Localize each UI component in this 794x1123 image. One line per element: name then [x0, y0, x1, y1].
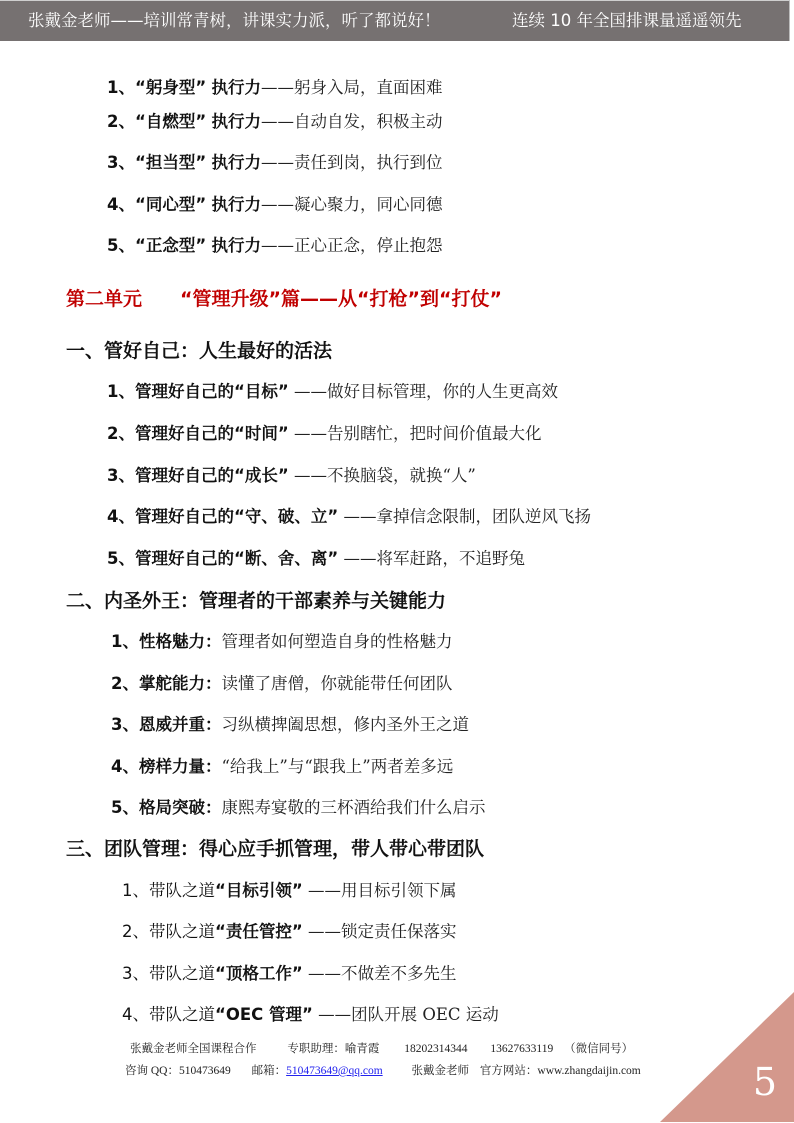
list-item: 1、带队之道“目标引领” ——用目标引领下属 — [122, 880, 456, 902]
footer-phone-1: 18202314344 — [404, 1043, 467, 1055]
item-number: 1、 — [107, 382, 135, 401]
item-desc: 管理者如何塑造自身的性格魅力 — [221, 632, 452, 651]
item-title: 性格魅力： — [139, 632, 222, 651]
list-item: 3、带队之道“顶格工作” ——不做差不多先生 — [122, 963, 456, 985]
list-item: 2、掌舵能力：读懂了唐僧，你就能带任何团队 — [111, 673, 452, 695]
item-number: 2、 — [107, 424, 135, 443]
list-item: 3、管理好自己的“成长” ——不换脑袋，就换“人” — [107, 465, 476, 487]
list-item: 4、带队之道“OEC 管理” ——团队开展 OEC 运动 — [122, 1004, 499, 1026]
item-desc: 团队开展 OEC 运动 — [351, 1005, 499, 1024]
item-desc: 凝心聚力，同心同德 — [294, 195, 443, 214]
list-item: 2、管理好自己的“时间” ——告别瞎忙，把时间价值最大化 — [107, 423, 541, 445]
item-prefix: 带队之道 — [149, 881, 215, 900]
item-number: 4、 — [111, 757, 139, 776]
item-number: 1、 — [107, 78, 135, 97]
dash: —— — [343, 549, 376, 568]
execution-item: 1、“躬身型” 执行力——躬身入局，直面困难 — [107, 77, 442, 99]
dash: —— — [261, 112, 294, 131]
footer-row-1: 张戴金老师全国课程合作 专职助理：喻青霞 18202314344 1362763… — [130, 1040, 633, 1056]
footer-teacher: 张戴金老师 — [412, 1062, 470, 1078]
list-item: 5、格局突破：康熙寿宴敬的三杯酒给我们什么启示 — [111, 797, 485, 819]
item-desc: 责任到岗，执行到位 — [294, 153, 443, 172]
item-type: “自燃型” — [135, 112, 206, 131]
item-title: 格局突破： — [139, 798, 222, 817]
item-number: 4、 — [107, 195, 135, 214]
item-number: 3、 — [122, 964, 149, 983]
item-prefix: 带队之道 — [149, 922, 215, 941]
item-number: 4、 — [107, 507, 135, 526]
dash: —— — [308, 964, 341, 983]
item-prefix: 带队之道 — [149, 1005, 215, 1024]
section-heading: 二、内圣外王：管理者的干部素养与关键能力 — [66, 590, 446, 612]
item-number: 3、 — [107, 466, 135, 485]
dash: —— — [318, 1005, 351, 1024]
list-item: 1、性格魅力：管理者如何塑造自身的性格魅力 — [111, 631, 452, 653]
dash: —— — [261, 78, 294, 97]
item-type: “正念型” — [135, 236, 206, 255]
dash: —— — [294, 466, 327, 485]
footer-email-label: 邮箱： — [252, 1062, 287, 1078]
list-item: 5、管理好自己的“断、舍、离” ——将军赶路，不追野兔 — [107, 548, 525, 570]
item-title: “顶格工作” — [215, 964, 303, 983]
footer-qq: 咨询 QQ：510473649 — [125, 1062, 231, 1078]
execution-item: 2、“自燃型” 执行力——自动自发，积极主动 — [107, 111, 442, 133]
footer-row-2: 咨询 QQ：510473649 邮箱：510473649@qq.com 张戴金老… — [125, 1062, 641, 1078]
item-desc: 做好目标管理，你的人生更高效 — [327, 382, 558, 401]
dash: —— — [261, 153, 294, 172]
item-type: “担当型” — [135, 153, 206, 172]
item-desc: 将军赶路，不追野兔 — [376, 549, 525, 568]
email-link[interactable]: 510473649@qq.com — [286, 1065, 383, 1077]
item-label: 执行力 — [211, 112, 261, 131]
item-title: 榜样力量： — [139, 757, 222, 776]
header-banner: 张戴金老师——培训常青树，讲课实力派，听了都说好！ 连续 10 年全国排课量遥遥… — [0, 0, 790, 41]
item-title: 管理好自己的“成长” — [135, 466, 289, 485]
list-item: 1、管理好自己的“目标” ——做好目标管理，你的人生更高效 — [107, 381, 558, 403]
item-desc: 康熙寿宴敬的三杯酒给我们什么启示 — [221, 798, 485, 817]
execution-item: 5、“正念型” 执行力——正心正念，停止抱怨 — [107, 235, 442, 257]
item-desc: 不换脑袋，就换“人” — [327, 466, 476, 485]
dash: —— — [294, 382, 327, 401]
item-title: “责任管控” — [215, 922, 303, 941]
execution-item: 3、“担当型” 执行力——责任到岗，执行到位 — [107, 152, 442, 174]
item-number: 1、 — [111, 632, 139, 651]
footer-website: 官方网站：www.zhangdaijin.com — [480, 1062, 641, 1078]
item-type: “躬身型” — [135, 78, 206, 97]
list-item: 3、恩威并重：习纵横捭阖思想，修内圣外王之道 — [111, 714, 469, 736]
section-heading: 三、团队管理：得心应手抓管理，带人带心带团队 — [66, 838, 484, 860]
item-title: 掌舵能力： — [139, 674, 222, 693]
item-number: 5、 — [107, 549, 135, 568]
list-item: 4、管理好自己的“守、破、立” ——拿掉信念限制，团队逆风飞扬 — [107, 506, 591, 528]
item-label: 执行力 — [211, 153, 261, 172]
section-heading: 一、管好自己：人生最好的活法 — [66, 340, 332, 362]
item-label: 执行力 — [211, 236, 261, 255]
item-desc: 躬身入局，直面困难 — [294, 78, 443, 97]
item-desc: 不做差不多先生 — [341, 964, 457, 983]
unit-title: 第二单元“管理升级”篇——从“打枪”到“打仗” — [66, 288, 502, 310]
unit-heading: “管理升级”篇——从“打枪”到“打仗” — [180, 288, 502, 310]
item-desc: 习纵横捭阖思想，修内圣外王之道 — [221, 715, 469, 734]
item-desc: 拿掉信念限制，团队逆风飞扬 — [376, 507, 591, 526]
item-type: “同心型” — [135, 195, 206, 214]
item-title: “目标引领” — [215, 881, 303, 900]
item-desc: 用目标引领下属 — [341, 881, 457, 900]
footer-cooperation: 张戴金老师全国课程合作 — [130, 1040, 257, 1056]
item-label: 执行力 — [211, 78, 261, 97]
header-slogan: 张戴金老师——培训常青树，讲课实力派，听了都说好！ — [28, 1, 441, 41]
dash: —— — [294, 424, 327, 443]
item-title: “OEC 管理” — [215, 1005, 313, 1024]
list-item: 2、带队之道“责任管控” ——锁定责任保落实 — [122, 921, 456, 943]
item-number: 5、 — [107, 236, 135, 255]
dash: —— — [261, 236, 294, 255]
item-title: 管理好自己的“时间” — [135, 424, 289, 443]
item-desc: 锁定责任保落实 — [341, 922, 457, 941]
item-prefix: 带队之道 — [149, 964, 215, 983]
footer-assistant: 专职助理：喻青霞 — [287, 1040, 379, 1056]
item-number: 4、 — [122, 1005, 149, 1024]
dash: —— — [343, 507, 376, 526]
footer-phone-2: 13627633119 — [490, 1043, 553, 1055]
item-desc: 告别瞎忙，把时间价值最大化 — [327, 424, 542, 443]
execution-item: 4、“同心型” 执行力——凝心聚力，同心同德 — [107, 194, 442, 216]
item-title: 管理好自己的“断、舍、离” — [135, 549, 338, 568]
item-number: 3、 — [107, 153, 135, 172]
item-number: 1、 — [122, 881, 149, 900]
item-number: 2、 — [122, 922, 149, 941]
item-number: 3、 — [111, 715, 139, 734]
item-title: 管理好自己的“目标” — [135, 382, 289, 401]
item-number: 2、 — [107, 112, 135, 131]
item-title: 管理好自己的“守、破、立” — [135, 507, 338, 526]
dash: —— — [261, 195, 294, 214]
unit-label: 第二单元 — [66, 288, 142, 310]
page-number: 5 — [748, 1058, 782, 1106]
dash: —— — [308, 922, 341, 941]
item-title: 恩威并重： — [139, 715, 222, 734]
item-desc: “给我上”与“跟我上”两者差多远 — [221, 757, 453, 776]
footer-wechat-note: （微信同号） — [564, 1040, 633, 1056]
dash: —— — [308, 881, 341, 900]
item-desc: 正心正念，停止抱怨 — [294, 236, 443, 255]
item-number: 5、 — [111, 798, 139, 817]
item-desc: 读懂了唐僧，你就能带任何团队 — [221, 674, 452, 693]
item-desc: 自动自发，积极主动 — [294, 112, 443, 131]
header-tagline: 连续 10 年全国排课量遥遥领先 — [512, 1, 742, 41]
item-number: 2、 — [111, 674, 139, 693]
item-label: 执行力 — [211, 195, 261, 214]
list-item: 4、榜样力量：“给我上”与“跟我上”两者差多远 — [111, 756, 453, 778]
